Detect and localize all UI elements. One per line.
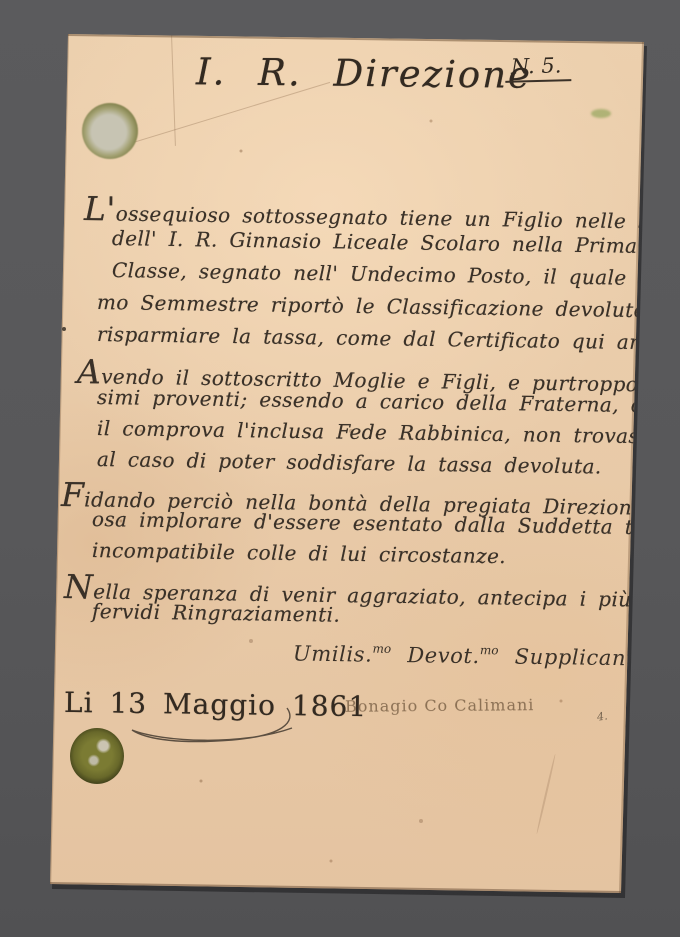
body-line: mo Semmestre riportò le Classificazione … xyxy=(97,291,680,322)
body-line: fervidi Ringraziamenti. xyxy=(92,600,341,626)
scan-background: I. R. Direzione N. 5. L'ossequioso sotto… xyxy=(0,0,680,937)
green-smudge xyxy=(591,109,611,118)
crease-line xyxy=(536,754,556,834)
margin-mark: 4. xyxy=(596,709,608,723)
letter-paper: I. R. Direzione N. 5. L'ossequioso sotto… xyxy=(0,0,680,937)
closing-salutation: Umilis.mo Devot.mo Supplicante xyxy=(293,641,649,671)
paper-edge-left xyxy=(49,34,69,885)
body-line: risparmiare la tassa, come dal Certifica… xyxy=(97,323,680,354)
signature: Bonagio Co Calimani xyxy=(345,695,535,716)
ink-blot xyxy=(62,327,66,331)
wax-stain-bottom xyxy=(70,728,124,784)
document-title: I. R. Direzione xyxy=(196,50,532,97)
body-line: incompatibile colle di lui circostanze. xyxy=(92,539,506,567)
closing-word: Devot. xyxy=(407,643,480,668)
wax-stain-top xyxy=(82,103,138,159)
closing-word: Umilis. xyxy=(293,642,373,667)
closing-superscript: mo xyxy=(372,642,391,656)
closing-superscript: mo xyxy=(480,643,499,657)
paper-edge-top xyxy=(68,34,644,44)
paper-speckles xyxy=(0,0,2,2)
body-line: Classe, segnato nell' Undecimo Posto, il… xyxy=(112,259,680,290)
document-number: N. 5. xyxy=(505,53,572,83)
paper-edge-right xyxy=(619,42,644,894)
body-line: il comprova l'inclusa Fede Rabbinica, no… xyxy=(97,417,646,447)
body-line: al caso di poter soddisfare la tassa dev… xyxy=(97,448,602,477)
date-line: Li 13 Maggio 1861 xyxy=(64,686,368,723)
